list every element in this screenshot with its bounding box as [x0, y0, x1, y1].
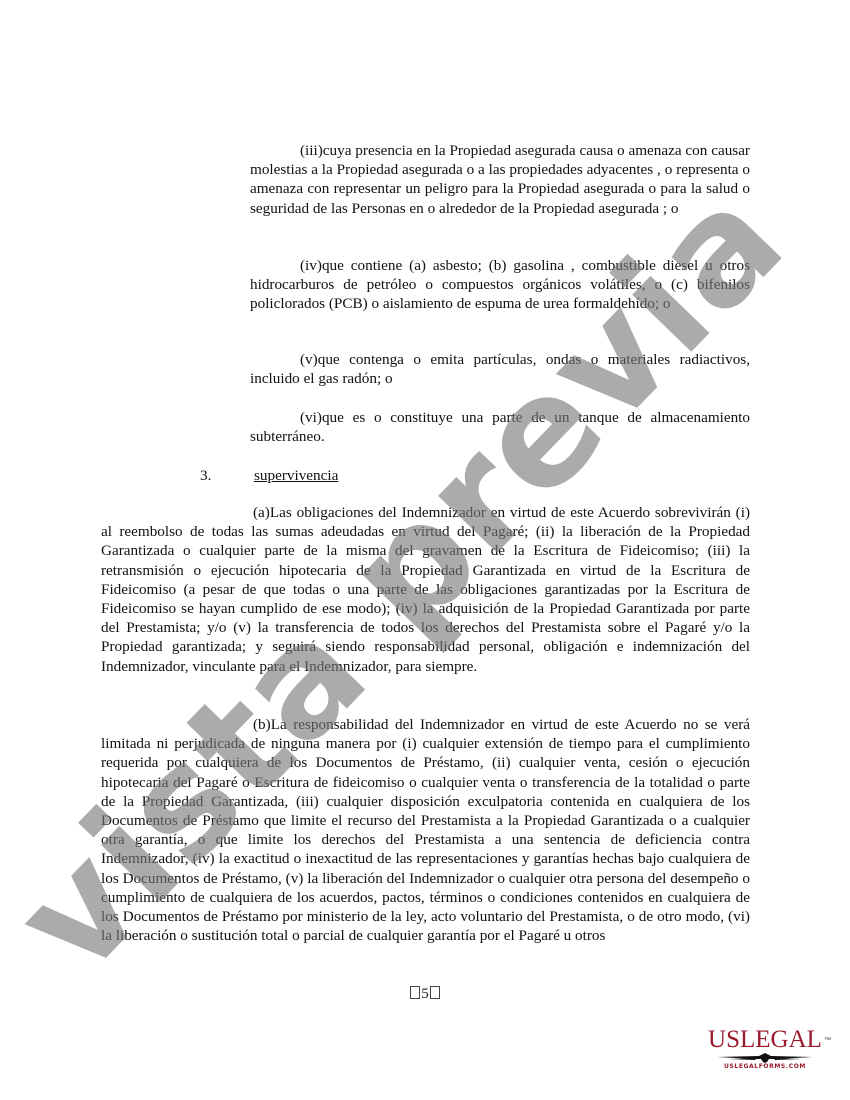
paragraph-text: Las obligaciones del Indemnizador en vir… — [101, 504, 750, 675]
logo-brand-text: USLEGAL — [708, 1026, 822, 1053]
paragraph: (a)Las obligaciones del Indemnizador en … — [101, 503, 750, 676]
section-number: 3. — [200, 466, 254, 485]
eagle-wings-icon — [715, 1053, 815, 1063]
item-text: cuya presencia en la Propiedad asegurada… — [250, 142, 750, 217]
missing-glyph-box-icon — [410, 986, 420, 999]
item-label: (iv) — [300, 257, 322, 274]
list-item: (v)que contenga o emita partículas, onda… — [250, 350, 750, 388]
page-number: 5 — [0, 986, 850, 1003]
list-item: (vi)que es o constituye una parte de un … — [250, 408, 750, 446]
uslegal-logo[interactable]: USLEGAL™ USLEGALFORMS.COM — [706, 1027, 824, 1071]
trademark-symbol: ™ — [824, 1028, 831, 1054]
paragraph-label: (a) — [253, 504, 270, 521]
item-label: (iii) — [300, 142, 323, 159]
paragraph-text: La responsabilidad del Indemnizador en v… — [101, 716, 750, 944]
item-label: (v) — [300, 351, 318, 368]
missing-glyph-box-icon — [430, 986, 440, 999]
logo-brand: USLEGAL™ — [708, 1027, 822, 1053]
list-item: (iii)cuya presencia en la Propiedad aseg… — [250, 141, 750, 218]
section-heading: 3.supervivencia — [200, 466, 338, 485]
item-text: que contiene (a) asbesto; (b) gasolina ,… — [250, 257, 750, 312]
section-title: supervivencia — [254, 467, 338, 484]
paragraph-label: (b) — [253, 716, 271, 733]
item-text: que contenga o emita partículas, ondas o… — [250, 351, 750, 387]
item-text: que es o constituye una parte de un tanq… — [250, 409, 750, 445]
document-page: (iii)cuya presencia en la Propiedad aseg… — [0, 0, 850, 1100]
logo-url: USLEGALFORMS.COM — [706, 1063, 824, 1071]
item-label: (vi) — [300, 409, 322, 426]
list-item: (iv)que contiene (a) asbesto; (b) gasoli… — [250, 256, 750, 314]
paragraph: (b)La responsabilidad del Indemnizador e… — [101, 715, 750, 945]
page-number-value: 5 — [421, 986, 429, 1002]
